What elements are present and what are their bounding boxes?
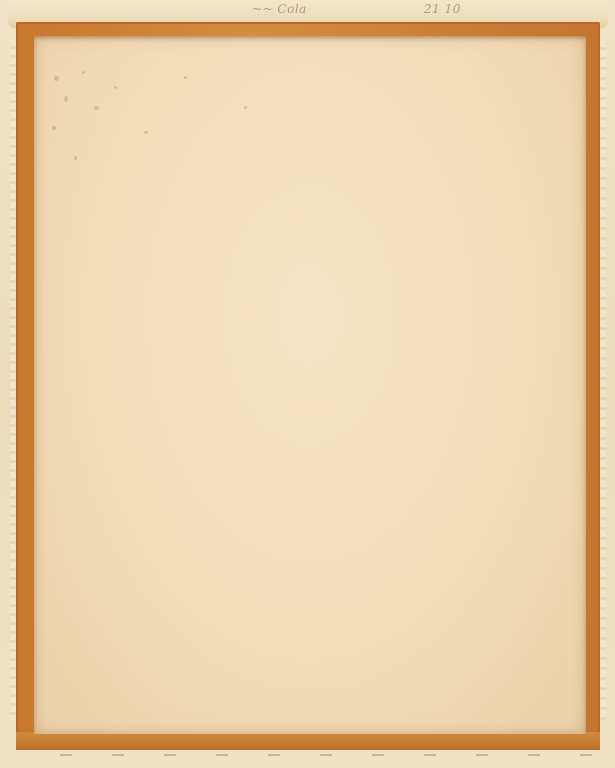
foxing-spot (244, 106, 247, 109)
foxing-spot (114, 86, 117, 89)
bottom-staples (20, 754, 600, 756)
foxing-spot (184, 76, 187, 79)
inner-canvas-panel (34, 36, 586, 734)
foxing-spot (82, 71, 85, 74)
foxing-spot (54, 76, 59, 81)
foxing-spot (94, 106, 99, 110)
foxing-spot (64, 96, 68, 102)
frayed-edge-right (600, 40, 606, 720)
stretcher-bottom-bar (16, 732, 600, 750)
foxing-spot (74, 156, 77, 160)
canvas-back-photo: ~~ Cola 21 10 (0, 0, 615, 768)
handwritten-inscription-left: ~~ Cola (252, 2, 307, 16)
foxing-spot (52, 126, 56, 130)
handwritten-inscription-right: 21 10 (424, 2, 461, 16)
foxing-spot (144, 131, 148, 134)
